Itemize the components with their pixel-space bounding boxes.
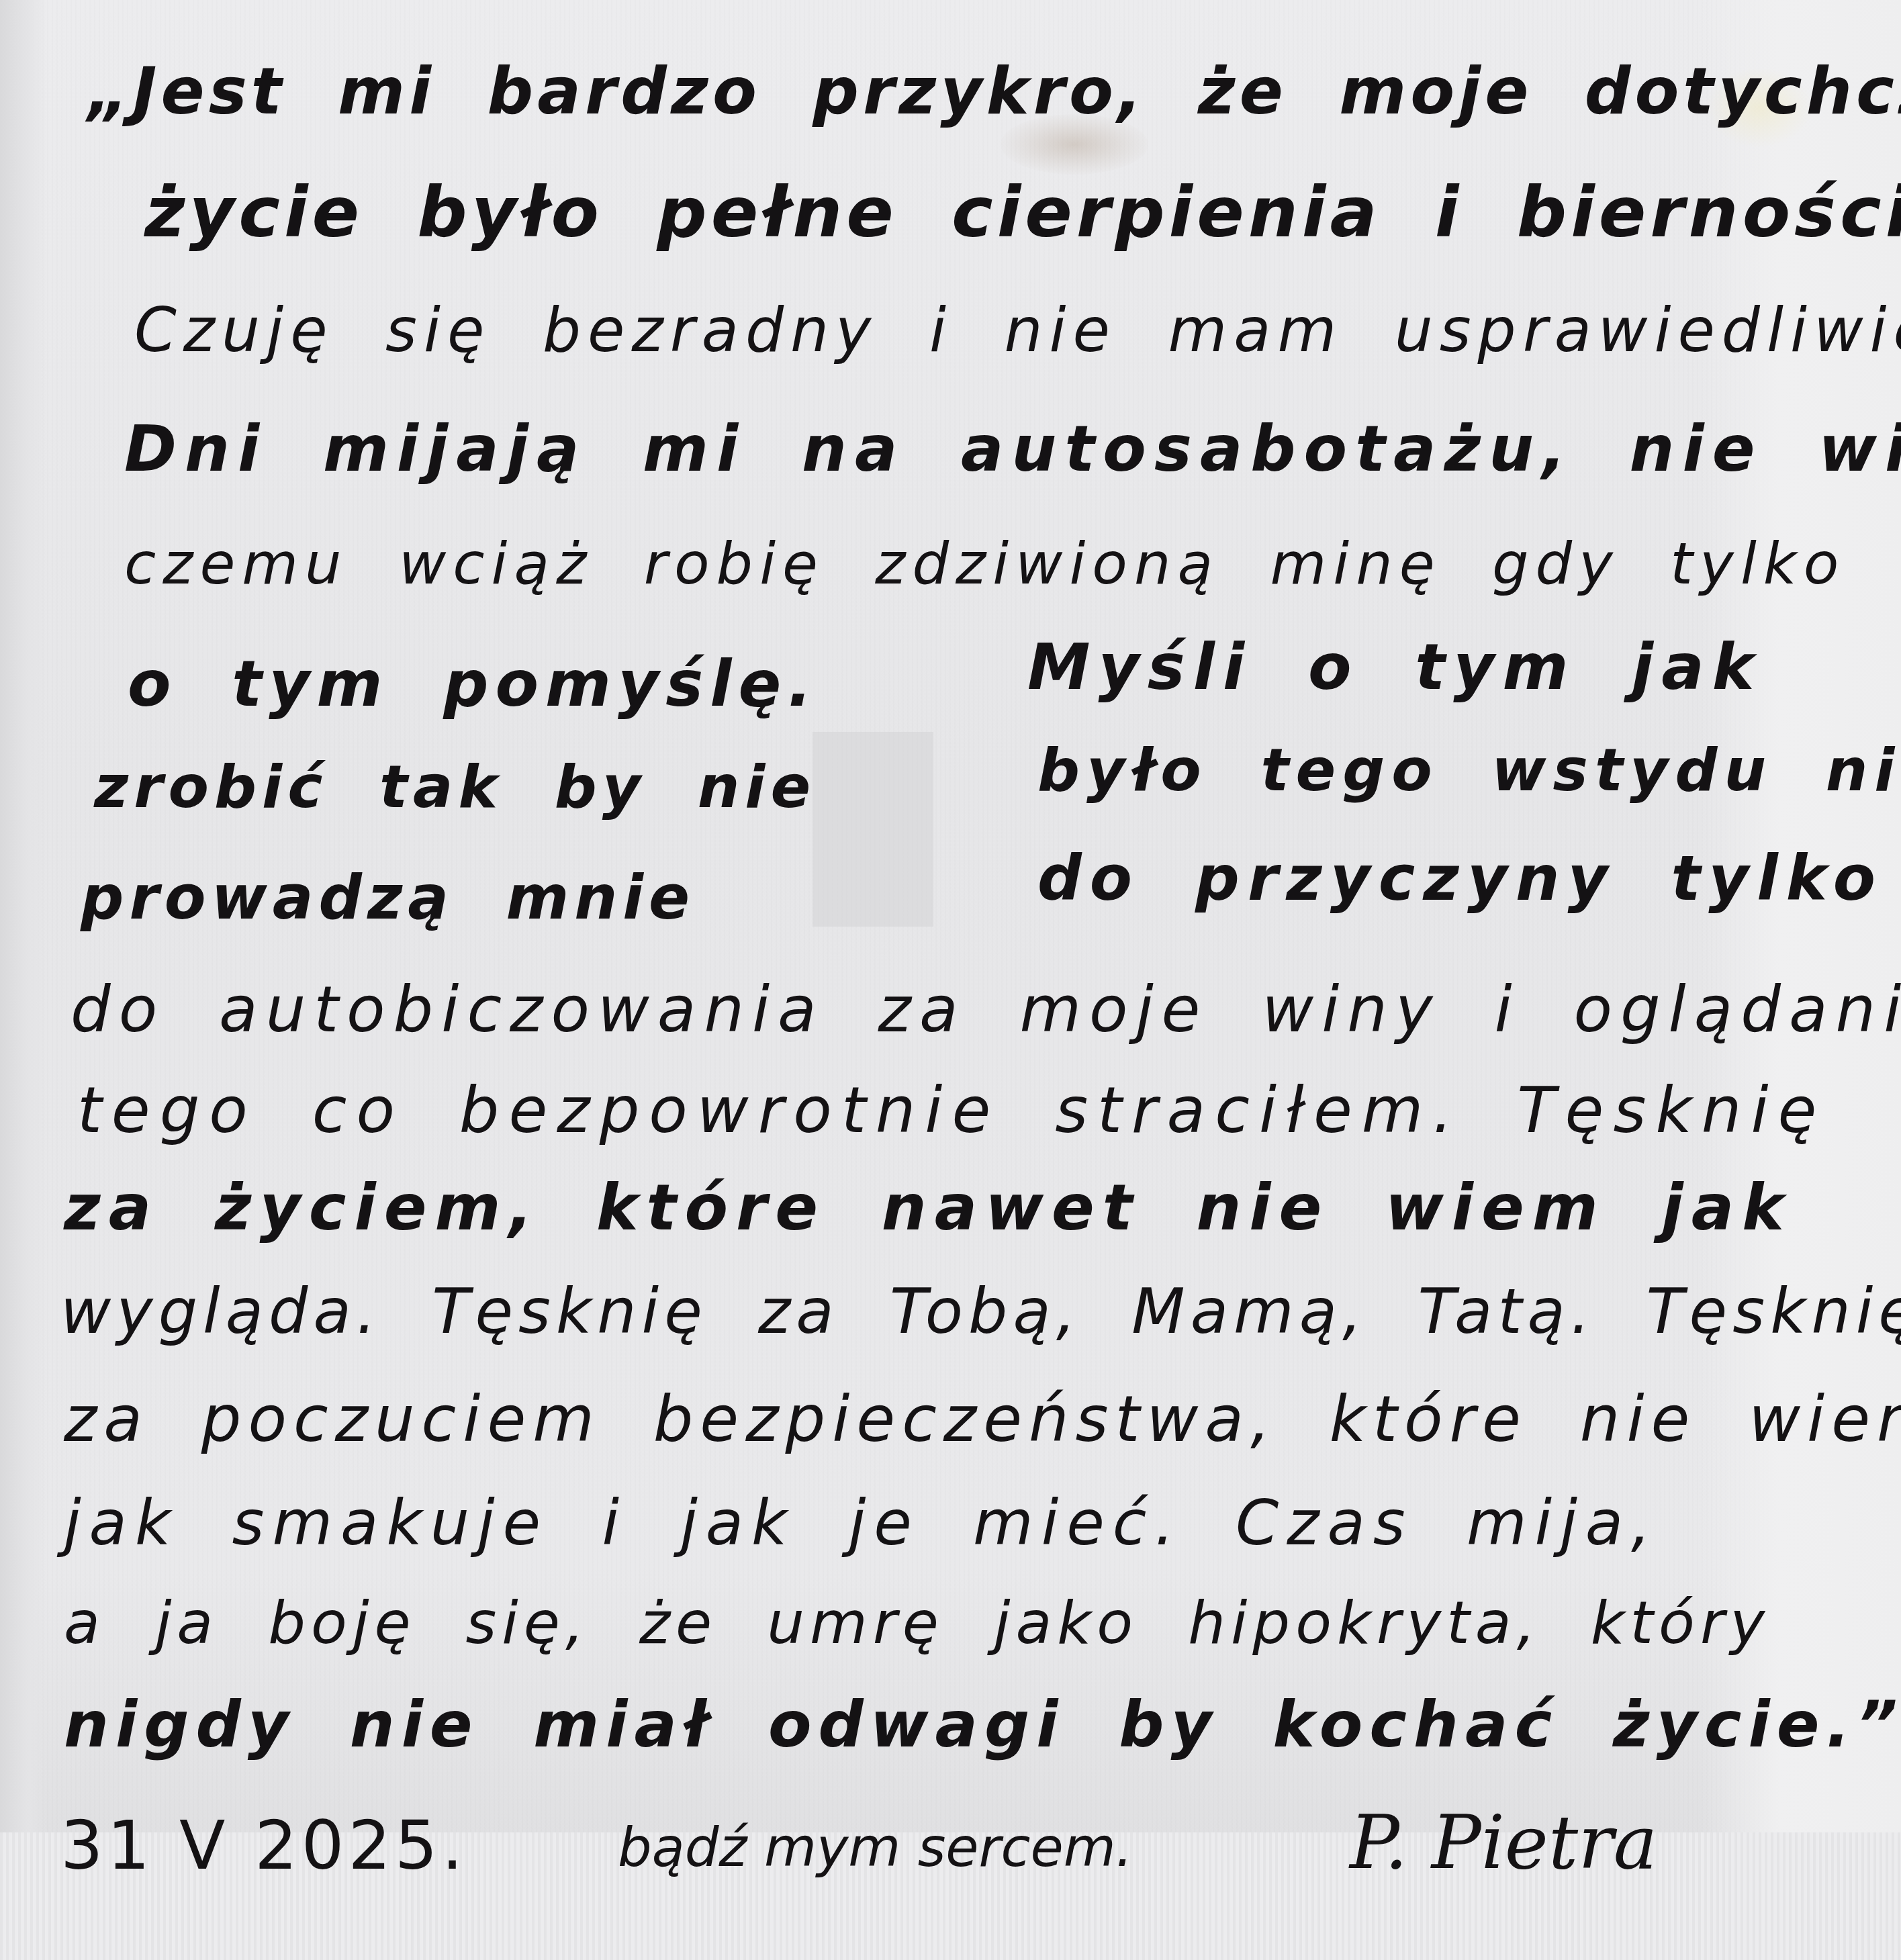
- note-line-17: jak smakuje i jak je mieć. Czas mija,: [64, 1487, 1659, 1559]
- note-closing: bądź mym sercem.: [618, 1816, 1133, 1879]
- note-line-2: życie było pełne cierpienia i bierności.: [144, 171, 1901, 253]
- note-line-1: „Jest mi bardzo przykro, że moje dotychc…: [87, 54, 1901, 129]
- note-line-4: Dni mijają mi na autosabotażu, nie wiem: [124, 413, 1901, 486]
- handwritten-note: „Jest mi bardzo przykro, że moje dotychc…: [0, 0, 1901, 1960]
- note-line-7: Myśli o tym jak: [1027, 631, 1762, 704]
- note-line-15: wygląda. Tęsknię za Tobą, Mamą, Tatą. Tę…: [60, 1276, 1901, 1348]
- note-line-16: za poczuciem bezpieczeństwa, które nie w…: [64, 1383, 1901, 1456]
- paper-sheet: „Jest mi bardzo przykro, że moje dotychc…: [0, 0, 1901, 1960]
- note-line-11: do przyczyny tylko: [1037, 843, 1884, 915]
- note-line-3: Czuję się bezradny i nie mam usprawiedli…: [134, 295, 1901, 366]
- note-signature: P. Pietra: [1350, 1800, 1657, 1885]
- note-line-8: zrobić tak by nie: [94, 752, 816, 821]
- note-line-6: o tym pomyślę.: [128, 648, 819, 721]
- note-line-5: czemu wciąż robię zdziwioną minę gdy tyl…: [124, 530, 1845, 598]
- note-line-9: było tego wstydu nie: [1037, 735, 1901, 804]
- note-line-14: za życiem, które nawet nie wiem jak: [64, 1172, 1792, 1245]
- note-line-13: tego co bezpowrotnie straciłem. Tęsknię: [77, 1074, 1826, 1148]
- note-date: 31 V 2025.: [60, 1806, 467, 1885]
- note-line-12: do autobiczowania za moje winy i oglądan…: [71, 974, 1901, 1047]
- note-line-19: nigdy nie miał odwagi by kochać życie.”: [64, 1689, 1901, 1762]
- note-line-18: a ja boję się, że umrę jako hipokryta, k…: [64, 1588, 1770, 1657]
- note-line-10: prowadzą mnie: [81, 863, 695, 933]
